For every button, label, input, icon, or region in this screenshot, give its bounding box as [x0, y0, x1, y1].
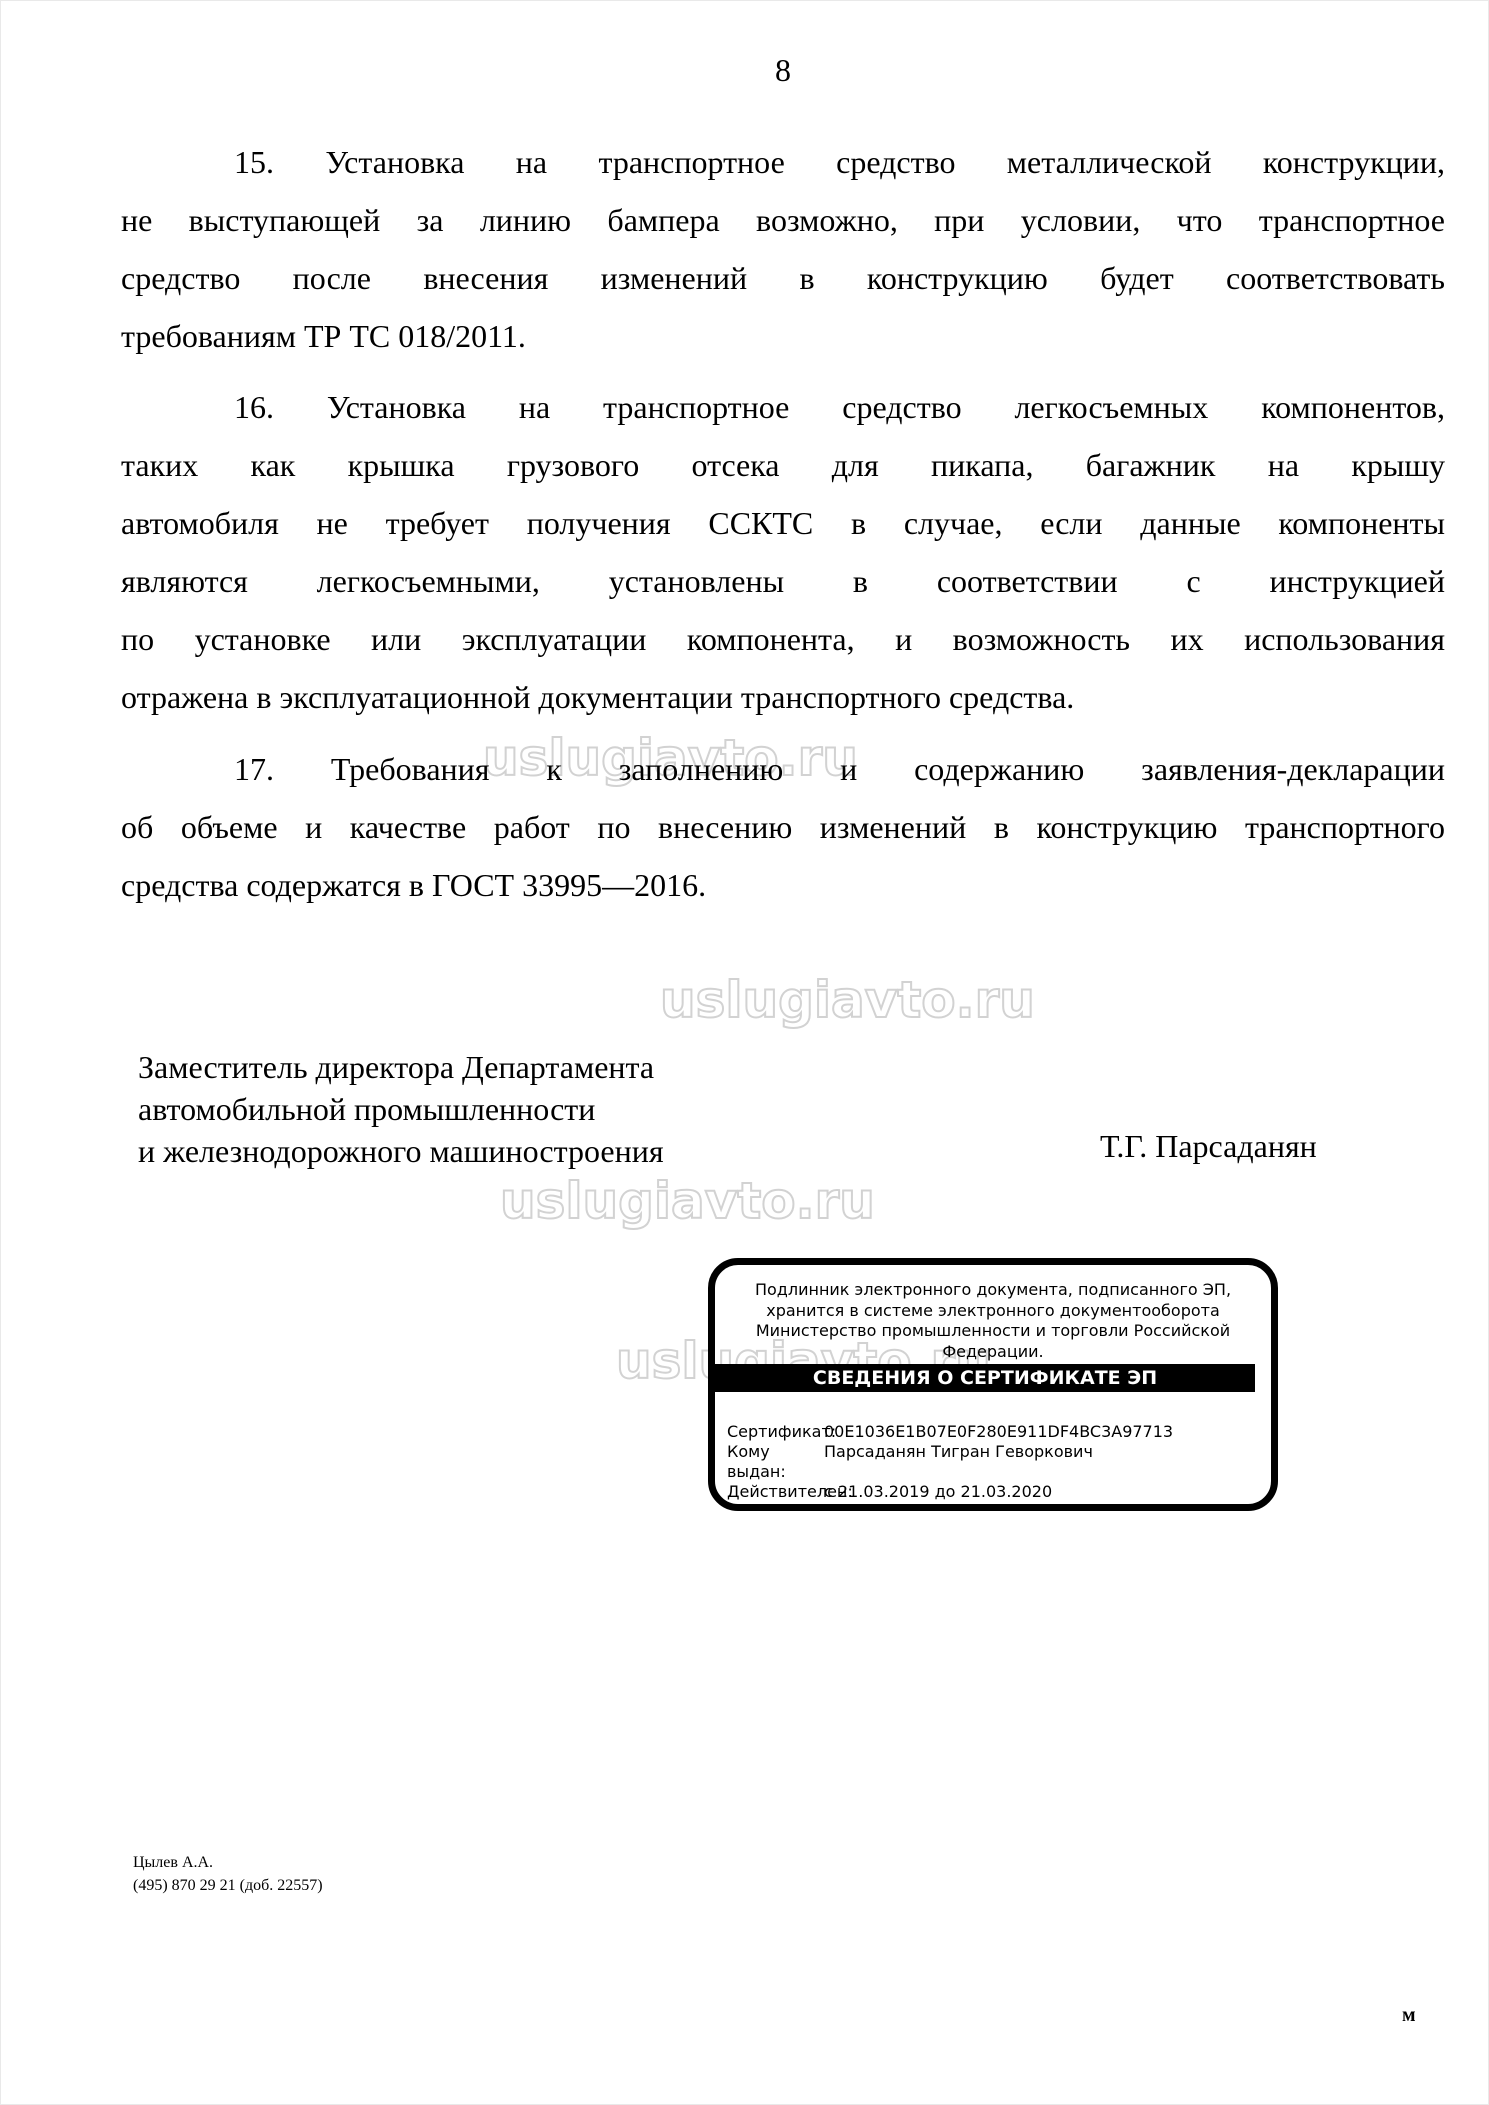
validity-label: Действителен: [727, 1482, 824, 1502]
watermark-uslugiavto: uslugiavto.ru [500, 1176, 875, 1226]
page-number: 8 [121, 52, 1445, 89]
paragraph-line: не выступающей за линию бампера возможно… [121, 191, 1445, 249]
stamp-header-line: Министерство промышленности и торговли Р… [715, 1321, 1271, 1342]
paragraph-line: 16. Установка на транспортное средство л… [121, 378, 1445, 436]
certificate-row: Сертификат: 00E1036E1B07E0F280E911DF4BC3… [727, 1422, 1271, 1442]
issued-to-value: Парсаданян Тигран Геворкович [824, 1442, 1093, 1482]
paragraph-line: требованиям ТР ТС 018/2011. [121, 307, 1445, 365]
certificate-value: 00E1036E1B07E0F280E911DF4BC3A97713 [824, 1422, 1173, 1442]
certificate-fields: Сертификат: 00E1036E1B07E0F280E911DF4BC3… [727, 1422, 1271, 1502]
executor-phone: (495) 870 29 21 (доб. 22557) [133, 1874, 323, 1897]
page-marker: м [1402, 2004, 1416, 2027]
issued-to-row: Кому выдан: Парсаданян Тигран Геворкович [727, 1442, 1271, 1482]
signatory-title-line: автомобильной промышленности [138, 1088, 664, 1130]
watermark-uslugiavto: uslugiavto.ru [660, 975, 1035, 1025]
certificate-label: Сертификат: [727, 1422, 824, 1442]
issued-to-label: Кому выдан: [727, 1442, 824, 1482]
paragraph-line: 17. Требования к заполнению и содержанию… [121, 740, 1445, 798]
paragraph-line: таких как крышка грузового отсека для пи… [121, 436, 1445, 494]
signatory-name: Т.Г. Парсаданян [1100, 1128, 1317, 1165]
signatory-title-line: Заместитель директора Департамента [138, 1046, 664, 1088]
paragraph-line: об объеме и качестве работ по внесению и… [121, 798, 1445, 856]
validity-row: Действителен: с 21.03.2019 до 21.03.2020 [727, 1482, 1271, 1502]
signatory-title-line: и железнодорожного машиностроения [138, 1130, 664, 1172]
paragraph-17: 17. Требования к заполнению и содержанию… [121, 740, 1445, 914]
validity-value: с 21.03.2019 до 21.03.2020 [824, 1482, 1052, 1502]
paragraph-line: по установке или эксплуатации компонента… [121, 610, 1445, 668]
executor-contact: Цылев А.А. (495) 870 29 21 (доб. 22557) [133, 1851, 323, 1897]
paragraph-line: средства содержатся в ГОСТ 33995—2016. [121, 856, 1445, 914]
paragraph-line: являются легкосъемными, установлены в со… [121, 552, 1445, 610]
executor-name: Цылев А.А. [133, 1851, 323, 1874]
paragraph-line: отражена в эксплуатационной документации… [121, 668, 1445, 726]
document-page: { "page": { "number": "8", "final_marker… [0, 0, 1489, 2105]
stamp-header-line: Федерации. [715, 1342, 1271, 1363]
certificate-info-bar: СВЕДЕНИЯ О СЕРТИФИКАТЕ ЭП [715, 1364, 1255, 1392]
paragraph-line: автомобиля не требует получения ССКТС в … [121, 494, 1445, 552]
paragraph-line: средство после внесения изменений в конс… [121, 249, 1445, 307]
stamp-header-line: хранится в системе электронного документ… [715, 1301, 1271, 1322]
paragraph-16: 16. Установка на транспортное средство л… [121, 378, 1445, 726]
paragraph-line: 15. Установка на транспортное средство м… [121, 133, 1445, 191]
signatory-title: Заместитель директора Департамента автом… [138, 1046, 664, 1172]
digital-signature-stamp: Подлинник электронного документа, подпис… [708, 1258, 1278, 1511]
stamp-header: Подлинник электронного документа, подпис… [715, 1280, 1271, 1362]
paragraph-15: 15. Установка на транспортное средство м… [121, 133, 1445, 365]
stamp-header-line: Подлинник электронного документа, подпис… [715, 1280, 1271, 1301]
